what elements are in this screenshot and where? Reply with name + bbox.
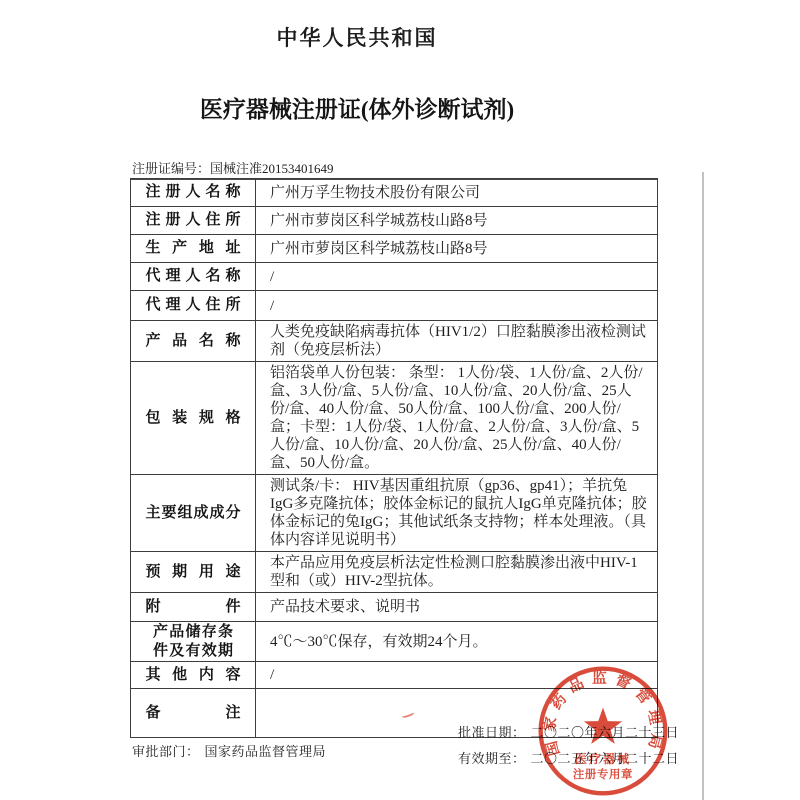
row-label: 产品名称 xyxy=(146,332,241,351)
row-label: 其他内容 xyxy=(146,666,241,685)
certificate-title: 医疗器械注册证(体外诊断试剂) xyxy=(0,91,714,124)
row-value: / xyxy=(256,291,658,321)
approval-date-label: 批准日期： xyxy=(458,725,526,740)
row-value: 测试条/卡： HIV基因重组抗原（gp36、gp41）；羊抗兔IgG多克隆抗体；… xyxy=(256,475,658,552)
approval-department: 审批部门：国家药品监督管理局 xyxy=(132,741,326,760)
valid-until-value: 二〇二五年六月二十二日 xyxy=(531,751,680,766)
table-row: 产品储存条件及有效期 4℃～30℃保存，有效期24个月。 xyxy=(131,622,658,662)
row-value: 4℃～30℃保存，有效期24个月。 xyxy=(256,622,658,662)
row-value: 本产品应用免疫层析法定性检测口腔黏膜渗出液中HIV-1型和（或）HIV-2型抗体… xyxy=(256,552,658,593)
row-label: 注册人名称 xyxy=(146,183,241,202)
seal-line2: 注册专用章 xyxy=(573,767,633,781)
scan-page-edge xyxy=(702,172,704,800)
approval-department-value: 国家药品监督管理局 xyxy=(205,744,327,759)
row-label: 预期用途 xyxy=(146,563,241,582)
row-label: 备注 xyxy=(146,704,241,723)
row-value: 铝箔袋单人份包装： 条型： 1人份/袋、1人份/盒、2人份/盒、3人份/盒、5人… xyxy=(256,362,658,475)
row-value: 产品技术要求、说明书 xyxy=(256,593,658,622)
registration-number-label: 注册证编号： xyxy=(132,161,210,176)
table-row: 代理人名称 / xyxy=(131,263,658,291)
table-row: 生产地址 广州市萝岗区科学城荔枝山路8号 xyxy=(131,235,658,263)
row-label: 代理人名称 xyxy=(146,267,241,286)
row-label: 附件 xyxy=(146,598,241,617)
registration-number-line: 注册证编号：国械注准20153401649 xyxy=(130,158,658,180)
row-value: / xyxy=(256,662,658,689)
table-row: 其他内容 / xyxy=(131,662,658,689)
approval-date: 批准日期：二〇二〇年六月二十三日 xyxy=(458,722,679,741)
certificate-table: 注册人名称 广州万孚生物技术股份有限公司 注册人住所 广州市萝岗区科学城荔枝山路… xyxy=(130,178,658,738)
row-label: 产品储存条件及有效期 xyxy=(153,623,233,661)
row-value: 广州市萝岗区科学城荔枝山路8号 xyxy=(256,207,658,235)
table-row: 主要组成成分 测试条/卡： HIV基因重组抗原（gp36、gp41）；羊抗兔Ig… xyxy=(131,475,658,552)
row-value: 人类免疫缺陷病毒抗体（HIV1/2）口腔黏膜渗出液检测试剂（免疫层析法） xyxy=(256,321,658,362)
row-label: 生产地址 xyxy=(146,239,241,258)
certificate-page: 中华人民共和国 医疗器械注册证(体外诊断试剂) 注册证编号：国械注准201534… xyxy=(0,0,800,800)
table-row: 代理人住所 / xyxy=(131,291,658,321)
valid-until: 有效期至：二〇二五年六月二十二日 xyxy=(458,748,679,767)
table-row: 附件 产品技术要求、说明书 xyxy=(131,593,658,622)
table-row: 注册人名称 广州万孚生物技术股份有限公司 xyxy=(131,179,658,207)
table-row: 预期用途 本产品应用免疫层析法定性检测口腔黏膜渗出液中HIV-1型和（或）HIV… xyxy=(131,552,658,593)
row-label: 主要组成成分 xyxy=(146,504,241,523)
registration-number-value: 国械注准20153401649 xyxy=(210,161,334,176)
valid-until-label: 有效期至： xyxy=(458,751,526,766)
row-value: 广州万孚生物技术股份有限公司 xyxy=(256,179,658,207)
row-value: 广州市萝岗区科学城荔枝山路8号 xyxy=(256,235,658,263)
table-row: 产品名称 人类免疫缺陷病毒抗体（HIV1/2）口腔黏膜渗出液检测试剂（免疫层析法… xyxy=(131,321,658,362)
table-row: 包装规格 铝箔袋单人份包装： 条型： 1人份/袋、1人份/盒、2人份/盒、3人份… xyxy=(131,362,658,475)
approval-department-label: 审批部门： xyxy=(132,744,200,759)
row-label: 代理人住所 xyxy=(146,296,241,315)
table-row: 注册人住所 广州市萝岗区科学城荔枝山路8号 xyxy=(131,207,658,235)
row-label: 注册人住所 xyxy=(146,211,241,230)
row-value: / xyxy=(256,263,658,291)
row-label: 包装规格 xyxy=(146,409,241,428)
approval-date-value: 二〇二〇年六月二十三日 xyxy=(531,725,680,740)
country-title: 中华人民共和国 xyxy=(0,22,714,52)
